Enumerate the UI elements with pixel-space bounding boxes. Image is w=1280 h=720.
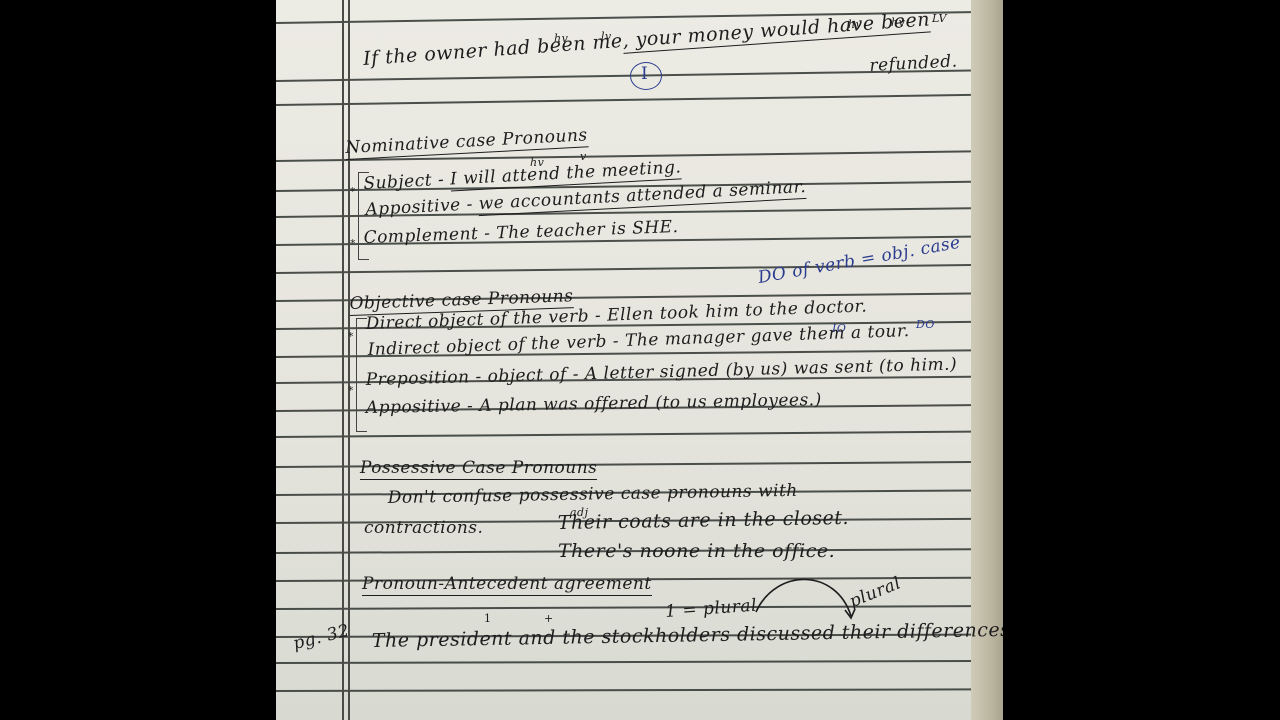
count-mark: 1 <box>484 612 492 625</box>
star-mark: * <box>350 237 356 250</box>
item-label: Subject - <box>363 170 445 194</box>
notebook-page: hv lv hv hv LV If the owner had been me,… <box>276 0 1003 720</box>
sentence-line2: refunded. <box>869 51 958 76</box>
sentence-part1: If the owner had been me <box>362 30 623 70</box>
objective-note: DO of verb = obj. case <box>757 233 963 288</box>
plus-mark: + <box>544 612 554 625</box>
possessive-text: Don't confuse possessive case pronouns w… <box>388 481 798 508</box>
star-mark: * <box>350 185 356 198</box>
equals-plural: 1 = plural <box>665 596 758 622</box>
rule-line <box>276 660 971 664</box>
correction-text: I <box>641 64 648 84</box>
nominative-item: Complement - The teacher is SHE. <box>363 217 678 248</box>
agreement-arrow <box>756 576 856 622</box>
annot-do: DO <box>916 318 935 331</box>
item-example: A plan was offered (to us employees.) <box>479 390 822 416</box>
item-example: Ellen took him to the doctor. <box>607 296 868 325</box>
item-label: Complement - <box>363 224 490 248</box>
item-example: A letter signed (by us) was sent (to him… <box>585 355 958 385</box>
possessive-example: Their coats are in the closet. <box>558 507 850 534</box>
annot-lv: LV <box>932 12 947 25</box>
nominative-heading: Nominative case Pronouns <box>345 125 588 160</box>
annot-v: v <box>580 150 587 163</box>
margin-line-left <box>342 0 344 720</box>
rule-line <box>276 94 971 106</box>
antecedent-sentence: The president and the stockholders discu… <box>372 619 1003 652</box>
possessive-heading: Possessive Case Pronouns <box>360 458 597 480</box>
item-label: Preposition - object of - <box>365 364 579 390</box>
star-mark: * <box>348 384 354 397</box>
rule-line <box>276 70 971 82</box>
possessive-text: contractions. <box>364 518 483 538</box>
star-mark: * <box>348 330 354 343</box>
margin-line-right <box>348 0 350 720</box>
objective-item: Preposition - object of - A letter signe… <box>365 355 957 390</box>
item-label: Appositive - <box>366 396 474 418</box>
possessive-example: There's noone in the office. <box>558 540 835 562</box>
page-edge <box>971 0 1003 720</box>
antecedent-heading: Pronoun-Antecedent agreement <box>362 574 652 596</box>
item-label: Appositive - <box>365 194 473 220</box>
rule-line <box>276 431 971 438</box>
objective-item: Appositive - A plan was offered (to us e… <box>366 390 822 418</box>
rule-line <box>276 688 971 692</box>
